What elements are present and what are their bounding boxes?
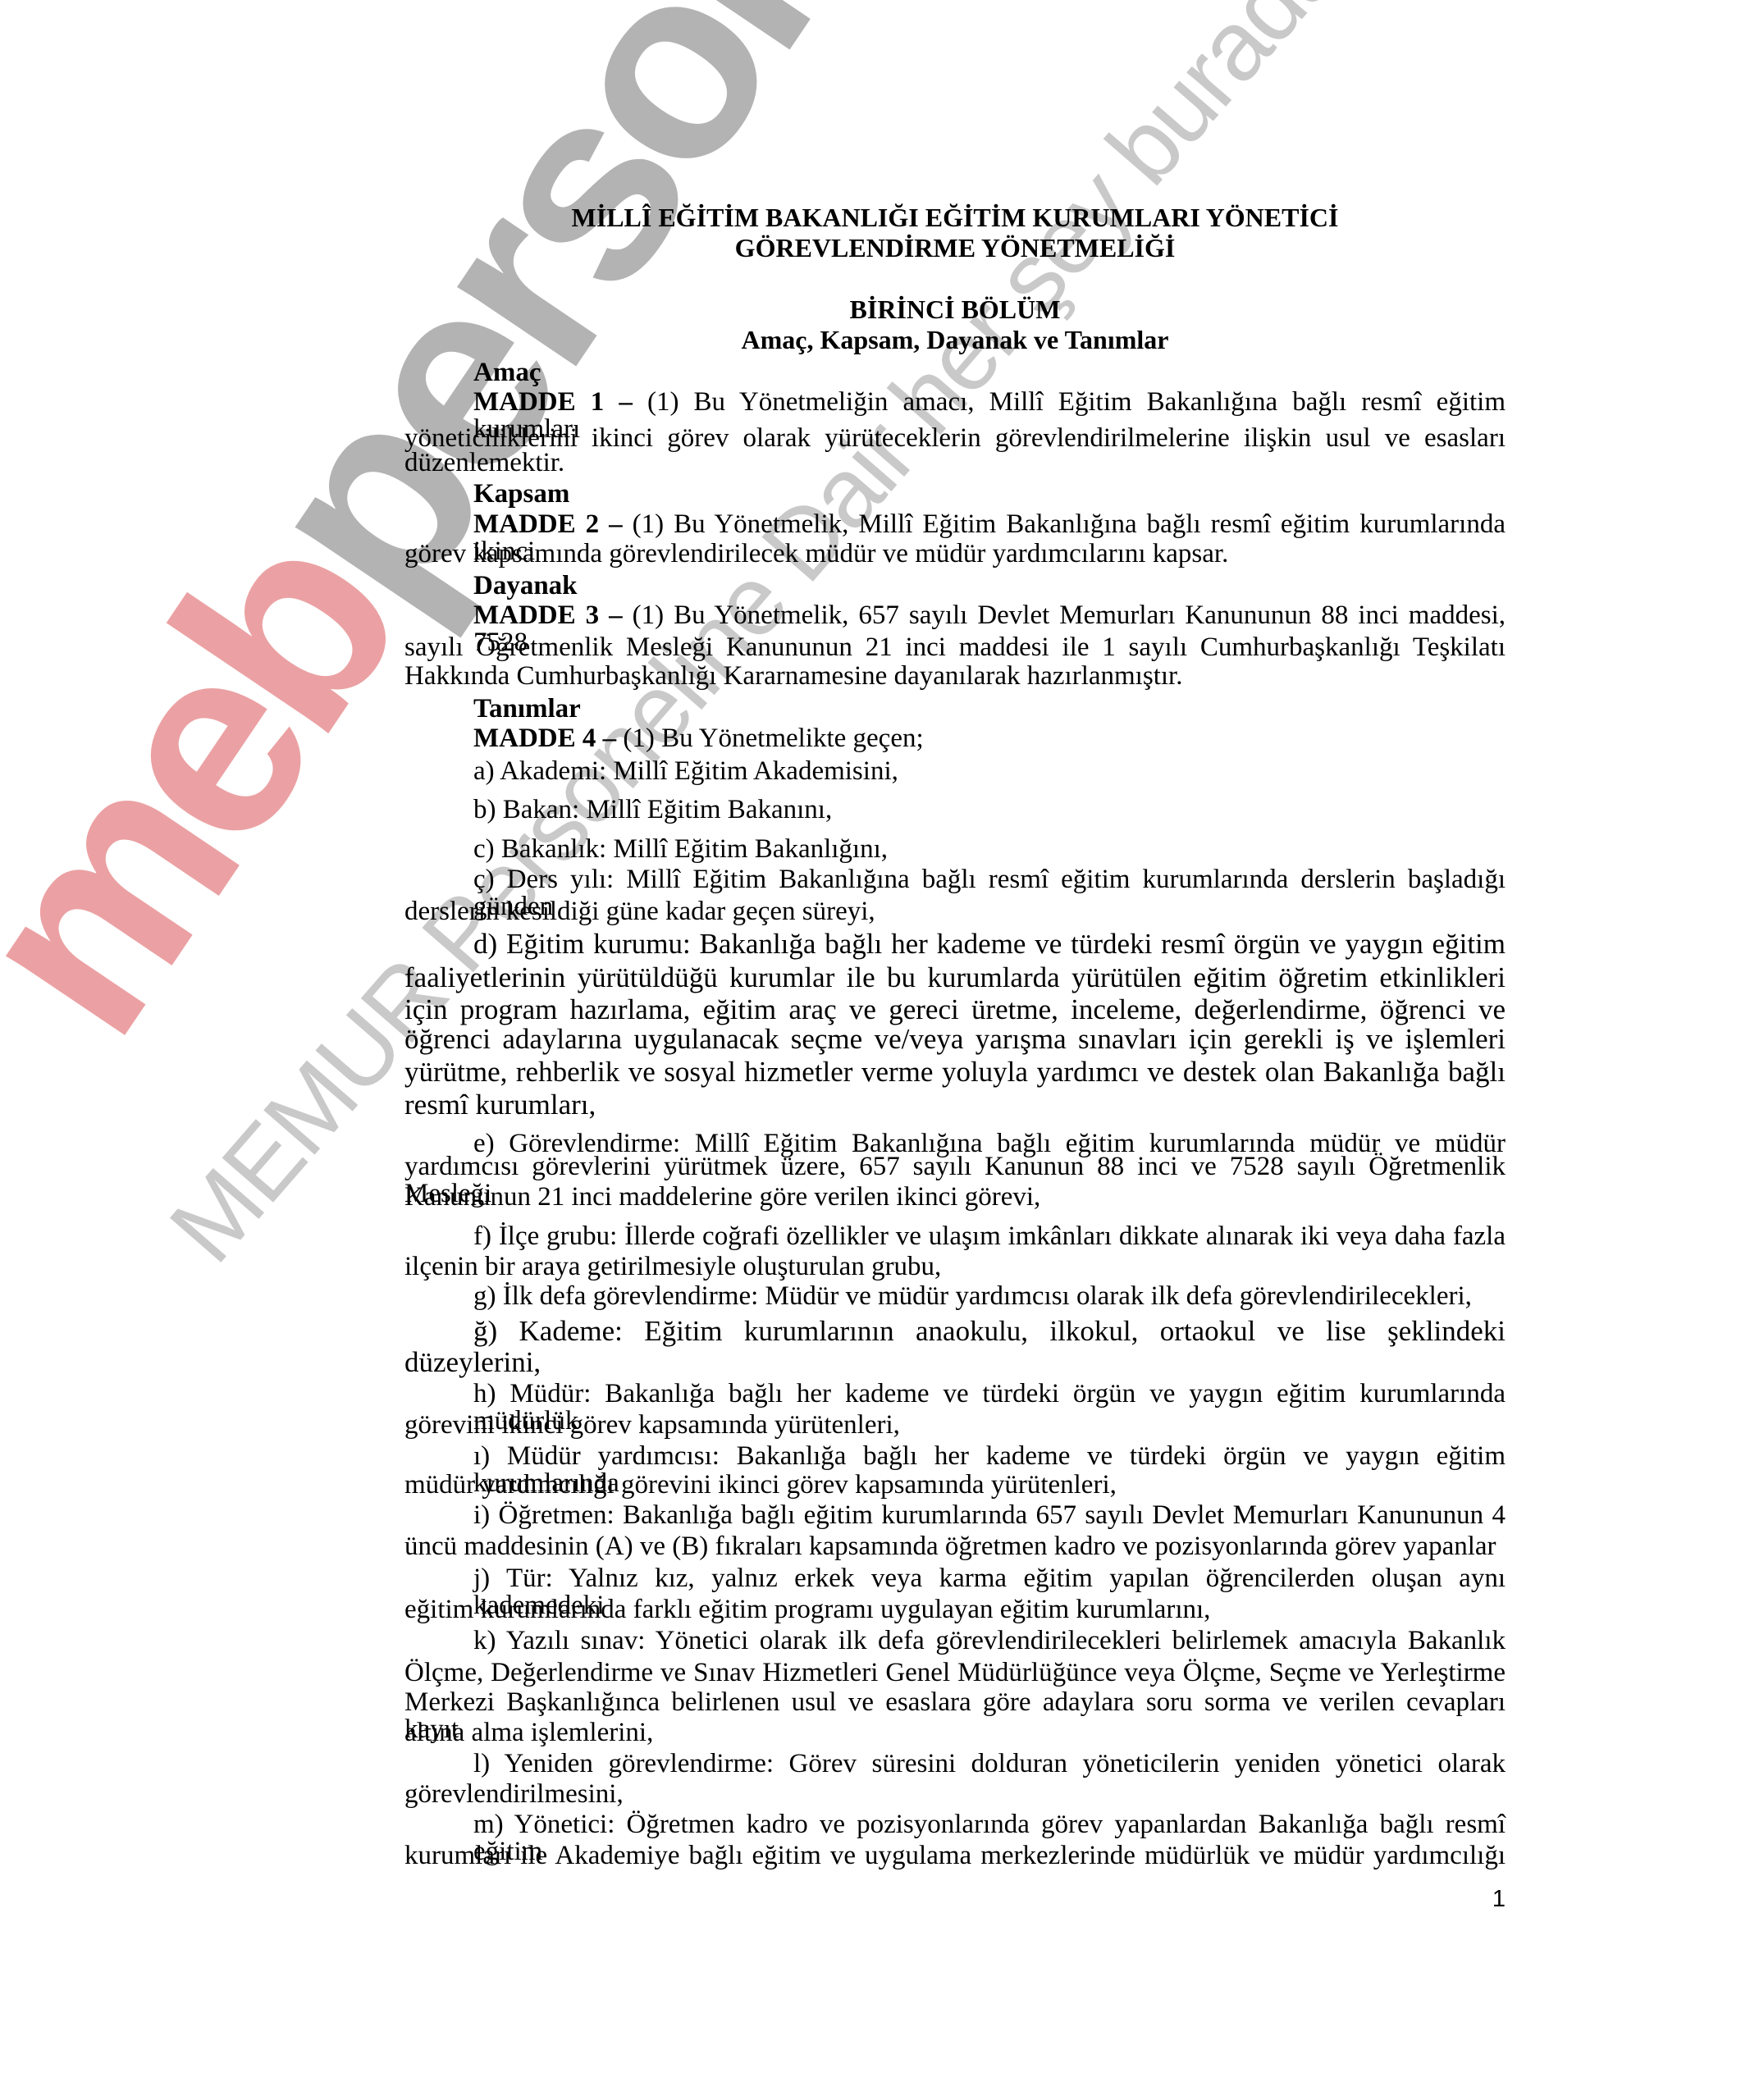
article-label: MADDE 4 –: [473, 724, 616, 753]
definition-dotless-i-line-2: müdür yardımcılığı görevini ikinci görev…: [404, 1472, 1506, 1499]
definition-d-line-4: öğrenci adaylarına uygulanacak seçme ve/…: [404, 1025, 1506, 1053]
definition-d-line-5: yürütme, rehberlik ve sosyal hizmetler v…: [404, 1057, 1506, 1086]
definition-l-line-1: l) Yeniden görevlendirme: Görev süresini…: [473, 1751, 1506, 1778]
article-text: (1) Bu Yönetmelikte geçen;: [616, 724, 924, 753]
definition-c-cedilla-line-2: derslerin kesildiği güne kadar geçen sür…: [404, 898, 1506, 925]
definition-c: c) Bakanlık: Millî Eğitim Bakanlığını,: [473, 836, 1506, 863]
definition-d-line-2: faaliyetlerinin yürütüldüğü kurumlar ile…: [404, 963, 1506, 992]
article-2-line-1: MADDE 2 – (1) Bu Yönetmelik, Millî Eğiti…: [473, 511, 1506, 538]
definition-d-line-6: resmî kurumları,: [404, 1090, 1506, 1119]
definition-l-line-2: görevlendirilmesini,: [404, 1781, 1506, 1808]
definition-k-line-2: Ölçme, Değerlendirme ve Sınav Hizmetleri…: [404, 1659, 1506, 1687]
definition-m-line-1: m) Yönetici: Öğretmen kadro ve pozisyonl…: [473, 1811, 1506, 1838]
definition-a: a) Akademi: Millî Eğitim Akademisini,: [473, 758, 1506, 785]
definition-j-line-2: eğitim kurumlarında farklı eğitim progra…: [404, 1596, 1506, 1623]
article-1-line-2: yöneticiliklerini ikinci görev olarak yü…: [404, 425, 1506, 452]
definition-d-line-1: d) Eğitim kurumu: Bakanlığa bağlı her ka…: [473, 929, 1506, 958]
definition-g: g) İlk defa görevlendirme: Müdür ve müdü…: [473, 1283, 1506, 1310]
section-heading-amac: Amaç: [473, 359, 1506, 386]
document-title-line-1: MİLLÎ EĞİTİM BAKANLIĞI EĞİTİM KURUMLARI …: [404, 204, 1506, 231]
definition-dotless-i-line-1: ı) Müdür yardımcısı: Bakanlığa bağlı her…: [473, 1443, 1506, 1470]
section-heading-dayanak: Dayanak: [473, 573, 1506, 600]
page-number: 1: [1395, 1888, 1506, 1911]
document-page: MİLLÎ EĞİTİM BAKANLIĞI EĞİTİM KURUMLARI …: [0, 0, 1750, 2100]
article-label: MADDE 3 –: [473, 600, 623, 630]
definition-k-line-4: altına alma işlemlerini,: [404, 1719, 1506, 1746]
section-heading-tanimlar: Tanımlar: [473, 696, 1506, 723]
definition-g-breve-line-2: düzeylerini,: [404, 1348, 1506, 1376]
definition-i-line-2: üncü maddesinin (A) ve (B) fıkraları kap…: [404, 1533, 1506, 1560]
definition-c-cedilla-line-1: ç) Ders yılı: Millî Eğitim Bakanlığına b…: [473, 866, 1506, 893]
definition-e-line-2: yardımcısı görevlerini yürütmek üzere, 6…: [404, 1153, 1506, 1180]
article-4-line-1: MADDE 4 – (1) Bu Yönetmelikte geçen;: [473, 725, 1506, 752]
article-3-line-3: Hakkında Cumhurbaşkanlığı Kararnamesine …: [404, 663, 1506, 690]
chapter-subtitle: Amaç, Kapsam, Dayanak ve Tanımlar: [404, 326, 1506, 354]
definition-k-line-1: k) Yazılı sınav: Yönetici olarak ilk def…: [473, 1627, 1506, 1655]
article-3-line-2: sayılı Öğretmenlik Mesleği Kanununun 21 …: [404, 634, 1506, 661]
article-label: MADDE 2 –: [473, 509, 623, 539]
article-label: MADDE 1 –: [473, 387, 633, 417]
definition-h-line-1: h) Müdür: Bakanlığa bağlı her kademe ve …: [473, 1381, 1506, 1408]
definition-j-line-1: j) Tür: Yalnız kız, yalnız erkek veya ka…: [473, 1565, 1506, 1592]
definition-f-line-2: ilçenin bir araya getirilmesiyle oluştur…: [404, 1253, 1506, 1281]
section-heading-kapsam: Kapsam: [473, 481, 1506, 508]
definition-i-line-1: i) Öğretmen: Bakanlığa bağlı eğitim kuru…: [473, 1502, 1506, 1529]
definition-h-line-2: görevini ikinci görev kapsamında yürüten…: [404, 1412, 1506, 1439]
chapter-heading: BİRİNCİ BÖLÜM: [404, 296, 1506, 323]
definition-k-line-3: Merkezi Başkanlığınca belirlenen usul ve…: [404, 1689, 1506, 1716]
article-1-line-3: düzenlemektir.: [404, 450, 1506, 477]
article-2-line-2: görev kapsamında görevlendirilecek müdür…: [404, 541, 1506, 568]
watermark-meb: meb: [0, 494, 438, 1074]
definition-b: b) Bakan: Millî Eğitim Bakanını,: [473, 797, 1506, 824]
article-3-line-1: MADDE 3 – (1) Bu Yönetmelik, 657 sayılı …: [473, 602, 1506, 629]
definition-d-line-3: için program hazırlama, eğitim araç ve g…: [404, 995, 1506, 1024]
document-title-line-2: GÖREVLENDİRME YÖNETMELİĞİ: [404, 235, 1506, 262]
article-1-line-1: MADDE 1 – (1) Bu Yönetmeliğin amacı, Mil…: [473, 389, 1506, 416]
definition-g-breve-line-1: ğ) Kademe: Eğitim kurumlarının anaokulu,…: [473, 1317, 1506, 1345]
definition-m-line-2: kurumları ile Akademiye bağlı eğitim ve …: [404, 1842, 1506, 1869]
definition-e-line-3: Kanununun 21 inci maddelerine göre veril…: [404, 1184, 1506, 1211]
definition-f-line-1: f) İlçe grubu: İllerde coğrafi özellikle…: [473, 1223, 1506, 1250]
